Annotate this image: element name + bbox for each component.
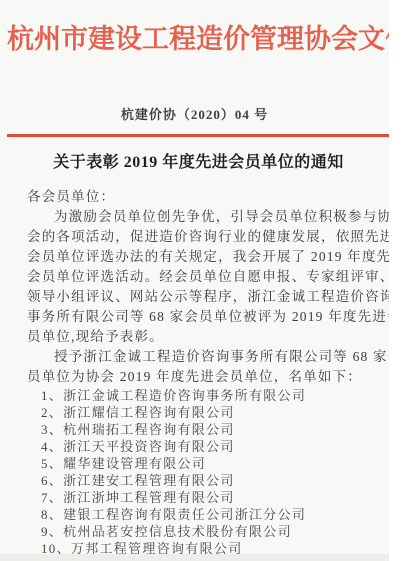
paragraph-line: 会员单位评选办法的有关规定，我会开展了 2019 年度先进 [27, 247, 382, 267]
list-item: 8、建银工程咨询有限责任公司浙江分公司 [41, 506, 382, 523]
salutation: 各会员单位： [27, 187, 382, 207]
document-header-title: 杭州市建设工程造价管理协会文件 [0, 0, 402, 57]
paragraph-line: 领导小组评议、网站公示等程序，浙江金诚工程造价咨询 [27, 287, 382, 307]
list-item: 3、杭州瑞拓工程咨询有限公司 [41, 421, 382, 438]
document-page: 杭州市建设工程造价管理协会文件 杭建价协（2020）04 号 关于表彰 2019… [0, 0, 402, 561]
document-number: 杭建价协（2020）04 号 [0, 106, 402, 124]
notice-body: 各会员单位： 为激励会员单位创先争优，引导会员单位积极参与协 会的各项活动，促进… [27, 187, 382, 557]
list-item: 1、浙江金诚工程造价咨询事务所有限公司 [41, 387, 382, 404]
list-item: 5、耀华建设管理有限公司 [41, 455, 382, 472]
list-item: 7、浙江浙坤工程管理有限公司 [41, 489, 382, 506]
notice-title: 关于表彰 2019 年度先进会员单位的通知 [7, 152, 390, 173]
scan-edge-strip [389, 0, 402, 561]
paragraph-line: 会员单位评选活动。经会员单位自愿申报、专家组评审、 [27, 267, 382, 287]
paragraph-line: 事务所有限公司等 68 家会员单位被评为 2019 年度先进会 [27, 307, 382, 327]
paragraph-line: 员单位为协会 2019 年度先进会员单位，名单如下： [27, 367, 382, 387]
paragraph-line: 会的各项活动，促进造价咨询行业的健康发展，依照先进 [27, 227, 382, 247]
paragraph-line: 员单位,现给予表彰。 [27, 327, 382, 347]
list-item: 4、浙江天平投资咨询有限公司 [41, 438, 382, 455]
paragraph-line: 为激励会员单位创先争优，引导会员单位积极参与协 [27, 207, 382, 227]
list-item: 2、浙江耀信工程咨询有限公司 [41, 404, 382, 421]
paragraph-line: 授予浙江金诚工程造价咨询事务所有限公司等 68 家会 [27, 347, 382, 367]
member-unit-list: 1、浙江金诚工程造价咨询事务所有限公司 2、浙江耀信工程咨询有限公司 3、杭州瑞… [27, 387, 382, 557]
list-item: 6、浙江建安工程管理有限公司 [41, 472, 382, 489]
list-item: 9、杭州品茗安控信息技术股份有限公司 [41, 523, 382, 540]
scan-bottom-shadow [0, 554, 389, 561]
red-divider-line [7, 134, 390, 137]
